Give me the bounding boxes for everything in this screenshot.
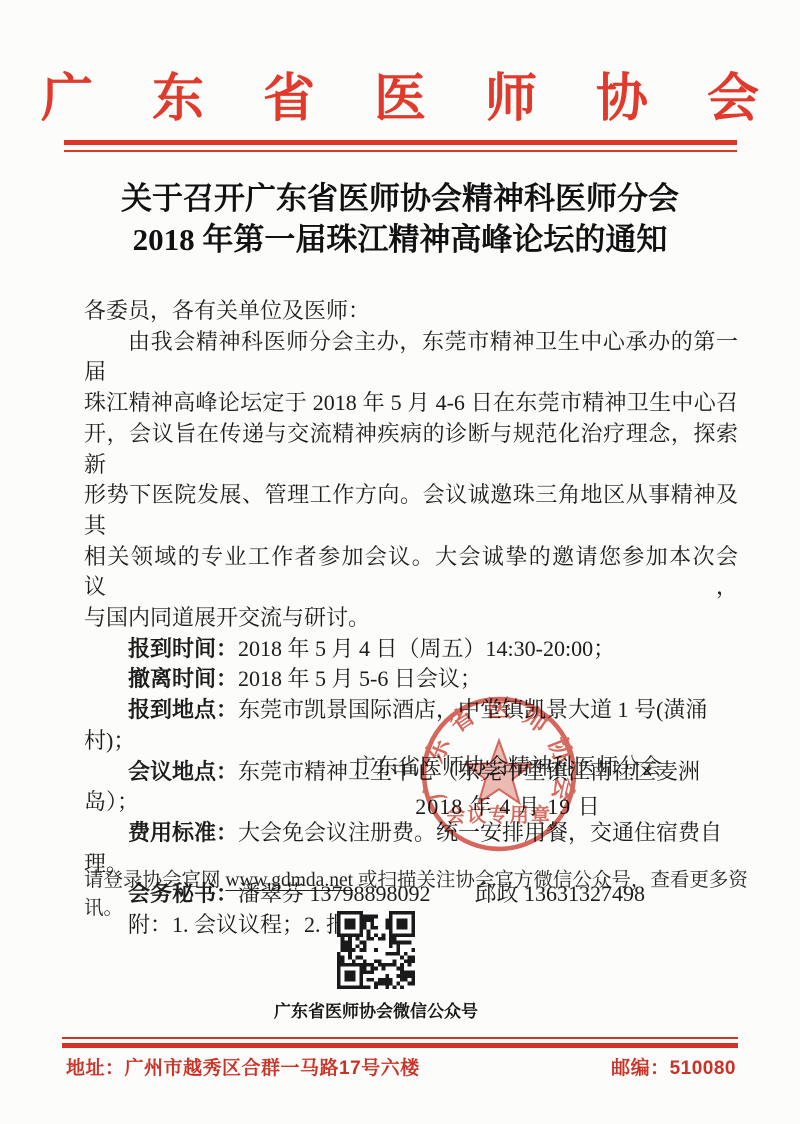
body-text-line: 由我会精神科医师分会主办，东莞市精神卫生中心承办的第一届 [84,327,738,388]
official-seal: 广东省医师协会 会议专用章 [418,694,580,856]
document-title: 关于召开广东省医师协会精神科医师分会 2018 年第一届珠江精神高峰论坛的通知 [0,178,800,260]
footer-rule-thin [62,1037,738,1039]
body-item-label: 撤离时间： [128,666,238,691]
document-title-line1: 关于召开广东省医师协会精神科医师分会 [0,178,800,219]
body-item-label: 报到地点： [128,697,238,722]
association-website-link[interactable]: www.gdmda.net [225,870,353,891]
website-info-line: 请登录协会官网 www.gdmda.net 或扫描关注协会官方微信公众号，查看更… [84,864,754,920]
wechat-qr-code [337,911,415,989]
footer-postcode: 邮编：510080 [611,1053,736,1080]
masthead-rule-thick [64,140,737,145]
footer-row: 地址：广州市越秀区合群一马路17号六楼 邮编：510080 [66,1053,736,1079]
qr-caption: 广东省医师协会微信公众号 [251,997,501,1022]
info-prefix: 请登录协会官网 [84,870,225,891]
body-item-line: 报到地点：东莞市凯景国际酒店，中堂镇凯景大道 1 号(潢涌村)； [84,695,738,756]
body-item-line: 撤离时间：2018 年 5 月 5-6 日会议； [84,664,738,695]
body-text-line: 珠江精神高峰论坛定于 2018 年 5 月 4-6 日在东莞市精神卫生中心召 [84,388,738,419]
body-item-label: 报到时间： [128,636,238,661]
body-item-label: 费用标准： [128,820,238,845]
footer-address: 地址：广州市越秀区合群一马路17号六楼 [66,1053,420,1080]
body-item-line: 报到时间：2018 年 5 月 4 日（周五）14:30-20:00； [84,634,738,665]
seal-bottom-text: 会议专用章 [446,804,552,827]
body-text-line: 相关领域的专业工作者参加会议。大会诚挚的邀请您参加本次会议， [84,542,738,603]
body-text-line: 与国内同道展开交流与研讨。 [84,603,738,634]
notice-body: 各委员，各有关单位及医师：由我会精神科医师分会主办，东莞市精神卫生中心承办的第一… [84,296,738,941]
body-text-line: 开，会议旨在传递与交流精神疾病的诊断与规范化治疗理念，探索新 [84,419,738,480]
masthead-rule-thin [64,150,737,152]
seal-star [466,741,531,803]
document-title-line2: 2018 年第一届珠江精神高峰论坛的通知 [0,219,800,260]
notice-document: 广 东 省 医 师 协 会 关于召开广东省医师协会精神科医师分会 2018 年第… [0,0,800,1124]
body-text-line: 形势下医院发展、管理工作方向。会议诚邀珠三角地区从事精神及其 [84,480,738,541]
body-item-label: 会议地点： [128,759,238,784]
body-text-line: 各委员，各有关单位及医师： [84,296,738,327]
association-masthead-title: 广 东 省 医 师 协 会 [0,56,800,126]
footer-rule-thick [62,1043,738,1048]
